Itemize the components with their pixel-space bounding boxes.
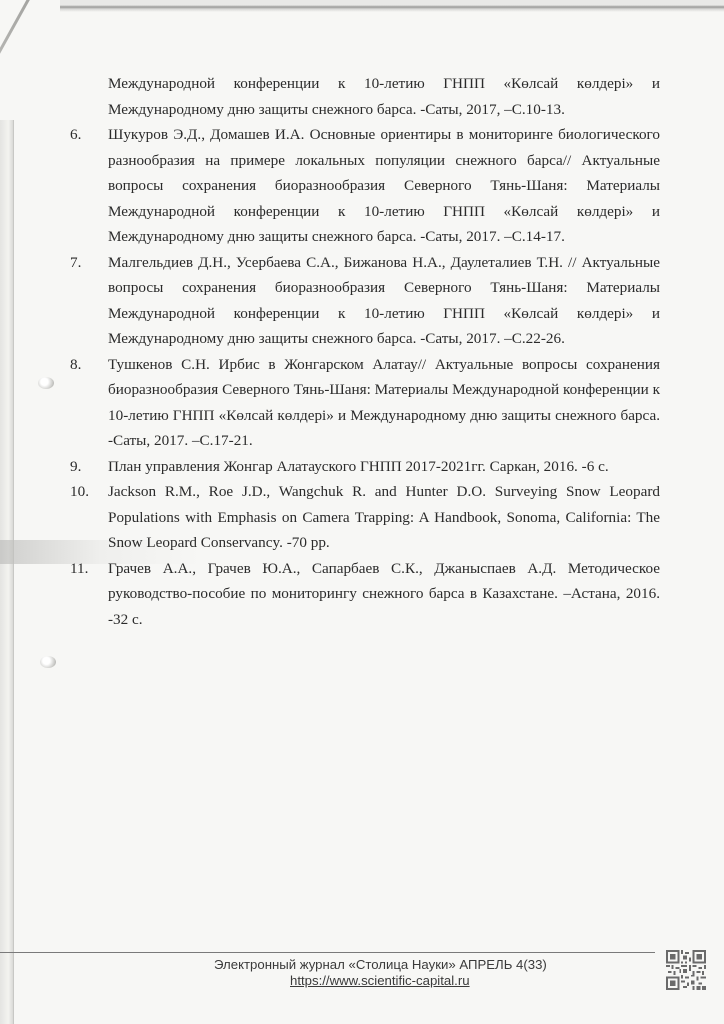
- page-footer: Электронный журнал «Столица Науки» АПРЕЛ…: [214, 957, 594, 989]
- reference-text: Шукуров Э.Д., Домашев И.А. Основные орие…: [108, 126, 660, 245]
- page-edge-line: [13, 120, 14, 1024]
- reference-number: 8.: [70, 352, 81, 378]
- reference-text: План управления Жонгар Алатауского ГНПП …: [108, 458, 609, 475]
- reference-item: 6. Шукуров Э.Д., Домашев И.А. Основные о…: [70, 122, 660, 250]
- reference-item: 10. Jackson R.M., Roe J.D., Wangchuk R. …: [70, 479, 660, 556]
- scanned-page: Международной конференции к 10-летию ГНП…: [0, 0, 724, 1024]
- reference-number: 10.: [70, 479, 89, 505]
- reference-number: 7.: [70, 250, 81, 276]
- reference-item: 7. Малгельдиев Д.Н., Усербаева С.А., Биж…: [70, 250, 660, 352]
- reference-number: 11.: [70, 556, 88, 582]
- reference-text: Международной конференции к 10-летию ГНП…: [108, 75, 660, 118]
- reference-text: Jackson R.M., Roe J.D., Wangchuk R. and …: [108, 483, 660, 551]
- reference-item: 8. Тушкенов С.Н. Ирбис в Жонгарском Алат…: [70, 352, 660, 454]
- reference-text: Грачев А.А., Грачев Ю.А., Сапарбаев С.К.…: [108, 560, 660, 628]
- reference-item: 11. Грачев А.А., Грачев Ю.А., Сапарбаев …: [70, 556, 660, 633]
- reference-text: Тушкенов С.Н. Ирбис в Жонгарском Алатау/…: [108, 356, 660, 450]
- reference-item: Международной конференции к 10-летию ГНП…: [70, 71, 660, 122]
- punch-hole-icon: [38, 377, 54, 389]
- reference-list: Международной конференции к 10-летию ГНП…: [70, 71, 660, 632]
- scan-shadow: [60, 0, 724, 12]
- reference-text: Малгельдиев Д.Н., Усербаева С.А., Бижано…: [108, 254, 660, 348]
- punch-hole-icon: [40, 656, 56, 668]
- reference-number: 9.: [70, 454, 81, 480]
- reference-item: 9. План управления Жонгар Алатауского ГН…: [70, 454, 660, 480]
- reference-number: 6.: [70, 122, 81, 148]
- journal-link[interactable]: https://www.scientific-capital.ru: [214, 973, 594, 989]
- journal-title: Электронный журнал «Столица Науки» АПРЕЛ…: [214, 957, 547, 972]
- page-edge: [0, 120, 14, 1024]
- qr-code-icon: [666, 950, 706, 990]
- footer-divider: [0, 952, 655, 953]
